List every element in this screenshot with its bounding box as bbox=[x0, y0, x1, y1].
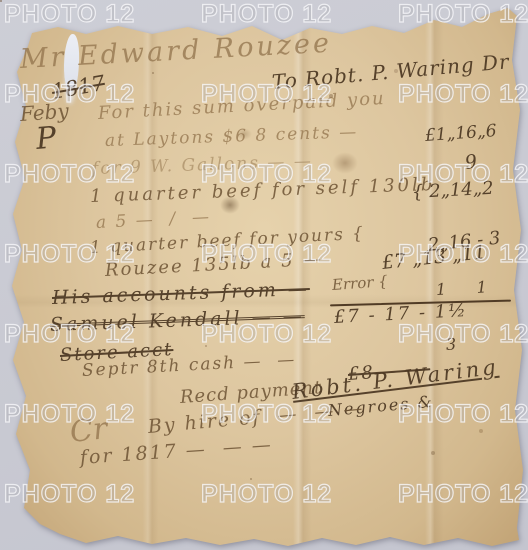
manuscript-photo: Mr Edward Rouzee 1817 To Robt. P. Waring… bbox=[0, 0, 528, 550]
aged-paper-sheet bbox=[0, 0, 528, 550]
paper-shadow-wrap bbox=[0, 0, 528, 550]
paper-speckles bbox=[0, 0, 2, 2]
